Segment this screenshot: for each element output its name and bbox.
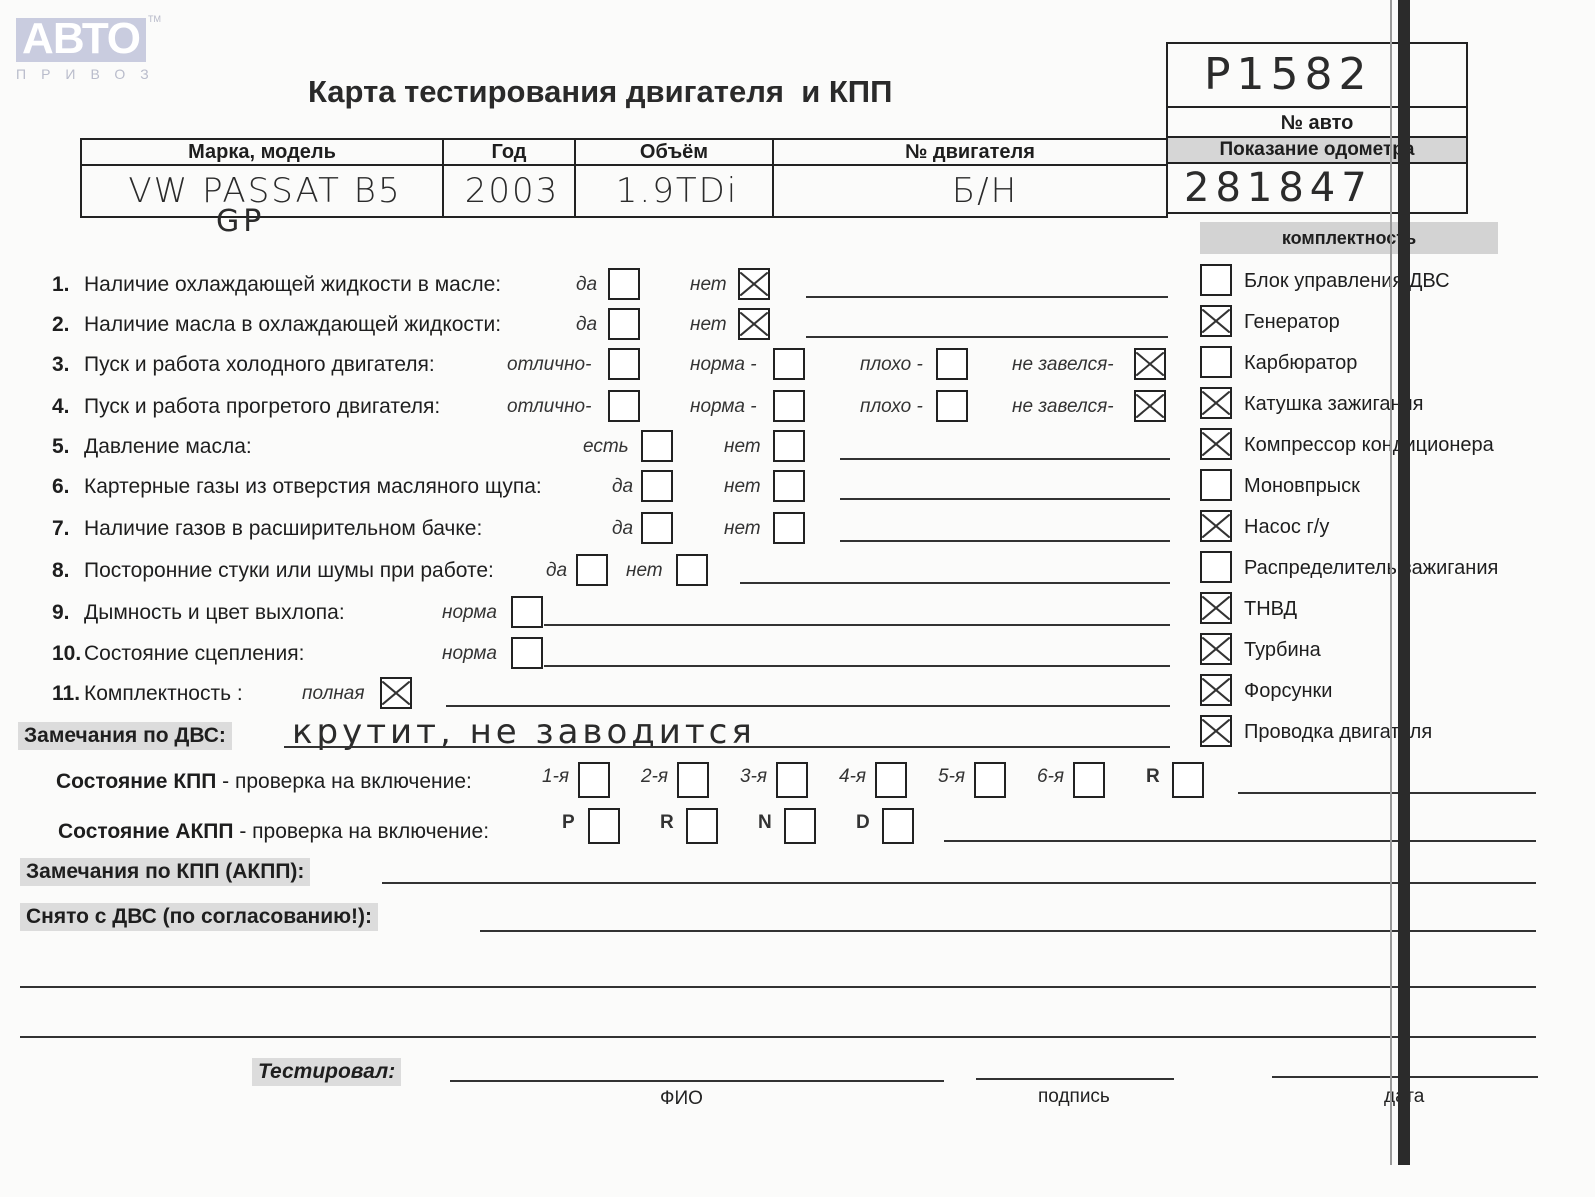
question-text: Наличие газов в расширительном бачке: [84,517,482,540]
gear-label: 3-я [740,766,767,788]
question-text: Наличие масла в охлаждающей жидкости: [84,313,501,336]
option-label: плохо - [860,348,923,382]
auto-number-box: P1582 № авто [1166,42,1468,140]
checkbox-checked[interactable] [1200,428,1232,460]
checkbox-checked[interactable] [380,677,412,709]
checkbox[interactable] [936,390,968,422]
checkbox[interactable] [608,390,640,422]
checkbox[interactable] [641,430,673,462]
gear-label: 2-я [641,766,668,788]
checkbox[interactable] [1200,264,1232,296]
comment-line[interactable] [446,705,1170,707]
question-number: 5. [52,430,84,464]
checkbox-checked[interactable] [1200,715,1232,747]
option-label: нет [724,470,761,504]
kpp-label: Состояние КПП - проверка на включение: [56,770,472,794]
checkbox[interactable] [1200,551,1232,583]
question-row: 2.Наличие масла в охлаждающей жидкости: [52,308,501,342]
question-text: Комплектность : [84,682,243,705]
checkbox[interactable] [936,348,968,380]
question-text: Наличие охлаждающей жидкости в масле: [84,273,501,296]
kit-item-label: Генератор [1244,305,1340,339]
question-text: Пуск и работа прогретого двигателя: [84,395,440,418]
question-row: 5.Давление масла: [52,430,252,464]
remarks-engine-label: Замечания по ДВС: [18,722,232,750]
gear-checkbox[interactable] [776,762,808,798]
gear-label: R [660,812,674,834]
checkbox[interactable] [511,637,543,669]
checkbox[interactable] [676,554,708,586]
checkbox[interactable] [608,348,640,380]
checkbox[interactable] [1200,346,1232,378]
checkbox-checked[interactable] [1134,348,1166,380]
checkbox-checked[interactable] [738,308,770,340]
kit-item-label: Катушка зажигания [1244,387,1424,421]
odometer-value[interactable]: 281847 [1168,164,1466,212]
checkbox-checked[interactable] [1134,390,1166,422]
question-row: 1.Наличие охлаждающей жидкости в масле: [52,268,501,302]
comment-line[interactable] [840,458,1170,460]
removed-line-3[interactable] [20,1036,1536,1038]
gear-label: 4-я [839,766,866,788]
fio-line[interactable] [450,1080,944,1082]
removed-line[interactable] [480,930,1536,932]
option-label: нет [626,554,663,588]
question-text: Посторонние стуки или шумы при работе: [84,559,494,582]
logo-trademark: TM [148,14,161,24]
gear-checkbox[interactable] [578,762,610,798]
question-number: 4. [52,390,84,424]
gear-checkbox[interactable] [882,808,914,844]
gear-label: P [562,812,575,834]
signature-caption: подпись [1038,1086,1110,1108]
option-label: да [612,512,633,546]
kit-item-label: Насос г/у [1244,510,1329,544]
checkbox[interactable] [511,596,543,628]
option-label: норма [442,596,497,630]
kit-item-label: Распределитель зажигания [1244,551,1498,585]
question-number: 6. [52,470,84,504]
option-label: да [576,268,597,302]
question-number: 2. [52,308,84,342]
scan-artifact-bar [1398,0,1410,1165]
option-label: да [612,470,633,504]
kit-item-label: Блок управления ДВС [1244,264,1450,298]
volume-value[interactable]: 1.9TDi [575,165,773,217]
gear-label: 5-я [938,766,965,788]
option-label: есть [583,430,629,464]
kit-item-label: Форсунки [1244,674,1332,708]
year-value[interactable]: 2003 [443,165,575,217]
gear-checkbox[interactable] [875,762,907,798]
option-label: отлично- [507,348,591,382]
option-label: норма - [690,348,757,382]
logo-subtitle: ПРИВОЗ [16,66,146,82]
fio-caption: ФИО [660,1088,703,1110]
checkbox[interactable] [576,554,608,586]
checkbox[interactable] [773,348,805,380]
gear-checkbox[interactable] [784,808,816,844]
kit-item-label: ТНВД [1244,592,1297,626]
gear-checkbox[interactable] [588,808,620,844]
option-label: норма - [690,390,757,424]
gear-label: 6-я [1037,766,1064,788]
comment-line[interactable] [806,336,1168,338]
question-text: Состояние сцепления: [84,642,304,665]
option-label: нет [724,430,761,464]
akpp-label: Состояние АКПП - проверка на включение: [58,820,489,844]
checkbox-checked[interactable] [1200,633,1232,665]
option-label: да [576,308,597,342]
checkbox[interactable] [773,430,805,462]
question-number: 7. [52,512,84,546]
option-label: не завелся- [1012,348,1114,382]
checkbox[interactable] [641,470,673,502]
comment-line[interactable] [544,665,1170,667]
option-label: полная [302,677,365,711]
removed-label: Снято с ДВС (по согласованию!): [20,903,378,931]
question-row: 8.Посторонние стуки или шумы при работе: [52,554,494,588]
option-label: нет [724,512,761,546]
auto-number-value[interactable]: P1582 [1168,44,1466,108]
gear-checkbox[interactable] [1073,762,1105,798]
question-number: 8. [52,554,84,588]
akpp-line [944,840,1536,842]
question-row: 4.Пуск и работа прогретого двигателя: [52,390,440,424]
option-label: нет [690,268,727,302]
remarks-kpp-line[interactable] [382,882,1536,884]
kpp-line [1238,792,1536,794]
tested-by-label: Тестировал: [252,1058,401,1086]
logo-brand: АВТО [16,14,146,62]
checkbox[interactable] [1200,469,1232,501]
col-engine-number: № двигателя [773,139,1167,165]
checkbox[interactable] [773,470,805,502]
gear-label: 1-я [542,766,569,788]
checkbox-checked[interactable] [1200,305,1232,337]
kit-item-label: Компрессор кондиционера [1244,428,1494,462]
question-number: 9. [52,596,84,630]
question-row: 6.Картерные газы из отверстия масляного … [52,470,542,504]
kit-item-label: Моновпрыск [1244,469,1360,503]
question-number: 10. [52,637,84,671]
comment-line[interactable] [544,624,1170,626]
checkbox[interactable] [773,512,805,544]
option-label: отлично- [507,390,591,424]
model-note: GP [216,204,265,239]
question-row: 10.Состояние сцепления: [52,637,304,671]
question-number: 3. [52,348,84,382]
option-label: не завелся- [1012,390,1114,424]
checkbox[interactable] [608,308,640,340]
kit-item-label: Карбюратор [1244,346,1357,380]
odometer-label: Показание одометра [1168,138,1466,164]
signature-line[interactable] [976,1078,1174,1080]
comment-line[interactable] [806,296,1168,298]
gear-checkbox[interactable] [686,808,718,844]
option-label: норма [442,637,497,671]
checkbox-checked[interactable] [738,268,770,300]
question-row: 11.Комплектность : [52,677,243,711]
question-text: Пуск и работа холодного двигателя: [84,353,435,376]
checkbox[interactable] [608,268,640,300]
checkbox-checked[interactable] [1200,592,1232,624]
checkbox-checked[interactable] [1200,674,1232,706]
checkbox[interactable] [641,512,673,544]
option-label: нет [690,308,727,342]
question-number: 11. [52,677,84,711]
remarks-engine-line [284,746,1170,748]
page-title: Карта тестирования двигателя и КПП [308,74,892,110]
question-row: 9.Дымность и цвет выхлопа: [52,596,345,630]
question-row: 3.Пуск и работа холодного двигателя: [52,348,435,382]
option-label: плохо - [860,390,923,424]
kit-header: комплектность [1200,222,1498,254]
comment-line[interactable] [840,540,1170,542]
comment-line[interactable] [840,498,1170,500]
col-year: Год [443,139,575,165]
checkbox-checked[interactable] [1200,510,1232,542]
question-text: Давление масла: [84,435,252,458]
question-text: Картерные газы из отверстия масляного щу… [84,475,542,498]
gear-checkbox[interactable] [974,762,1006,798]
checkbox[interactable] [773,390,805,422]
question-number: 1. [52,268,84,302]
remarks-kpp-label: Замечания по КПП (АКПП): [20,858,310,886]
odometer-box: Показание одометра 281847 [1166,136,1468,214]
col-make-model: Марка, модель [81,139,443,165]
auto-number-label: № авто [1168,108,1466,138]
gear-checkbox[interactable] [1172,762,1204,798]
question-text: Дымность и цвет выхлопа: [84,601,345,624]
checkbox-checked[interactable] [1200,387,1232,419]
kit-item-label: Турбина [1244,633,1321,667]
question-row: 7.Наличие газов в расширительном бачке: [52,512,482,546]
removed-line-2[interactable] [20,986,1536,988]
gear-label: R [1146,766,1160,788]
option-label: да [546,554,567,588]
scan-artifact-line [1390,0,1392,1165]
comment-line[interactable] [740,582,1170,584]
col-volume: Объём [575,139,773,165]
gear-checkbox[interactable] [677,762,709,798]
gear-label: D [856,812,870,834]
gear-label: N [758,812,772,834]
engine-number-value[interactable]: Б/Н [773,165,1167,217]
